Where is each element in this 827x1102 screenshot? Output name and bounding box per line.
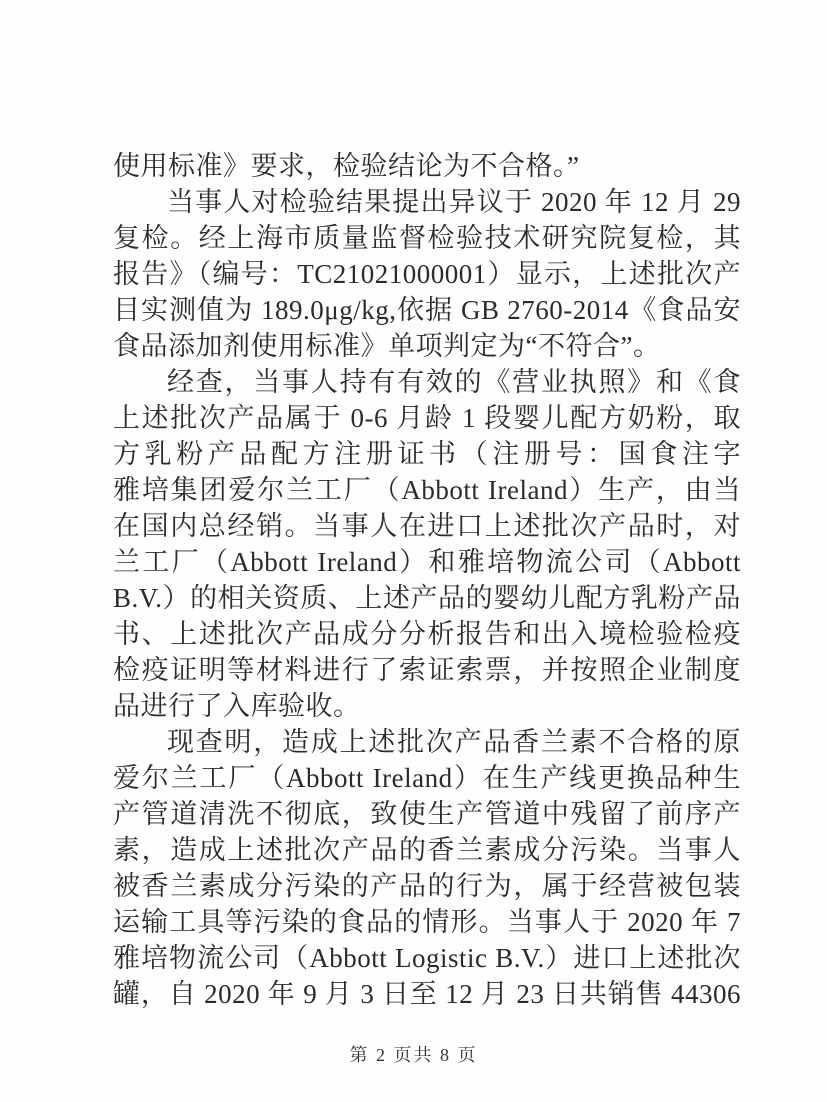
text-line: 兰工厂（Abbott Ireland）和雅培物流公司（Abbott Logist… [113, 544, 741, 580]
text-line: 书、上述批次产品成分分析报告和出入境检验检疫入境货物检验 [113, 616, 741, 652]
text-line: 目实测值为 189.0μg/kg,依据 GB 2760-2014《食品安全国家标… [113, 292, 741, 328]
text-line: 雅培集团爱尔兰工厂（Abbott Ireland）生产，由当事人进口后 [113, 472, 741, 508]
text-line: B.V.）的相关资质、上述产品的婴幼儿配方乳粉产品配方注册证 [113, 580, 741, 616]
text-line: 品进行了入库验收。 [113, 688, 741, 724]
text-line: 食品添加剂使用标准》单项判定为“不符合”。 [113, 328, 741, 364]
text-line: 当事人对检验结果提出异议于 2020 年 12 月 29 日向本局申请 [113, 184, 741, 220]
text-line: 使用标准》要求，检验结论为不合格。” [113, 148, 741, 184]
text-line: 经查，当事人持有有效的《营业执照》和《食品经营许可证》。 [113, 364, 741, 400]
text-line: 现查明，造成上述批次产品香兰素不合格的原因是雅培集团 [113, 724, 741, 760]
text-line: 方乳粉产品配方注册证书（注册号：国食注字 YP20175085），由 [113, 436, 741, 472]
document-page: 使用标准》要求，检验结论为不合格。” 当事人对检验结果提出异议于 2020 年 … [0, 0, 827, 1102]
text-line: 素，造成上述批次产品的香兰素成分污染。当事人经营上述批次 [113, 832, 741, 868]
text-line: 雅培物流公司（Abbott Logistic B.V.）进口上述批次产品 450… [113, 940, 741, 976]
text-line: 产管道清洗不彻底，致使生产管道中残留了前序产品含有的香兰 [113, 796, 741, 832]
text-line: 上述批次产品属于 0-6 月龄 1 段婴儿配方奶粉，取得了婴幼儿配 [113, 400, 741, 436]
text-line: 被香兰素成分污染的产品的行为，属于经营被包装材料、容器、 [113, 868, 741, 904]
text-line: 报告》（编号：TC21021000001）显示，上述批次产品的香兰素项 [113, 256, 741, 292]
text-line: 运输工具等污染的食品的情形。当事人于 2020 年 7 月至 8 月从 [113, 904, 741, 940]
page-footer: 第 2 页共 8 页 [0, 1042, 827, 1068]
text-line: 复检。经上海市质量监督检验技术研究院复检，其出具的《检验 [113, 220, 741, 256]
text-line: 检疫证明等材料进行了索证索票，并按照企业制度对上述批次产 [113, 652, 741, 688]
text-line: 爱尔兰工厂（Abbott Ireland）在生产线更换品种生产时，对生 [113, 760, 741, 796]
text-line: 罐，自 2020 年 9 月 3 日至 12 月 23 日共销售 44306 罐… [113, 976, 741, 1012]
text-line: 在国内总经销。当事人在进口上述批次产品时，对雅培集团爱尔 [113, 508, 741, 544]
document-body: 使用标准》要求，检验结论为不合格。” 当事人对检验结果提出异议于 2020 年 … [113, 148, 741, 1012]
